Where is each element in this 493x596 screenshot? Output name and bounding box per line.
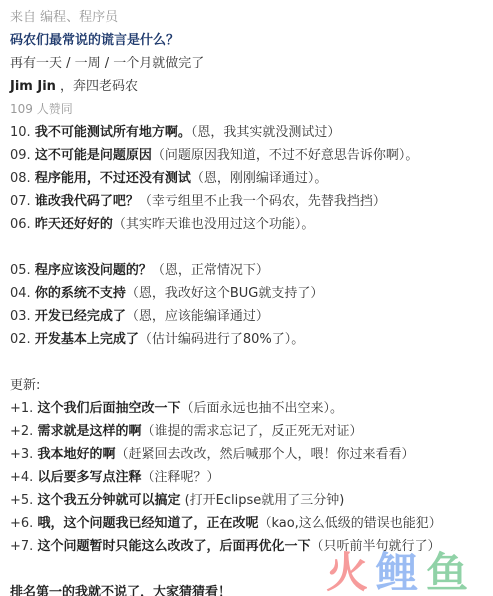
item-lie: 你的系统不支持 — [35, 286, 126, 301]
item-number: +2. — [10, 424, 33, 439]
item-note: （kao,这么低级的错误也能犯） — [258, 516, 441, 531]
item-note: （注释呢？） — [141, 470, 219, 485]
list-item: 07. 谁改我代码了吧？（幸亏组里不止我一个码农，先替我挡挡） — [10, 190, 487, 213]
list-item: +1. 这个我们后面抽空改一下（后面永远也抽不出空来）。 — [10, 397, 487, 420]
item-note: (打开Eclipse就用了三分钟) — [180, 493, 344, 508]
update-section: 更新: +1. 这个我们后面抽空改一下（后面永远也抽不出空来）。 +2. 需求就… — [10, 374, 487, 558]
item-lie: 我本地好的啊 — [37, 447, 115, 462]
watermark-logo: 火 鲤 鱼 — [326, 550, 468, 596]
list-item: 10. 我不可能测试所有地方啊。（恩，我其实就没测试过） — [10, 121, 487, 144]
item-note: （后面永远也抽不出空来）。 — [180, 401, 343, 416]
list-item: +5. 这个我五分钟就可以搞定 (打开Eclipse就用了三分钟) — [10, 489, 487, 512]
watermark-char-fish: 鱼 — [426, 550, 468, 596]
spacer — [10, 351, 487, 374]
item-number: 03. — [10, 309, 31, 324]
item-number: +3. — [10, 447, 33, 462]
item-number: 07. — [10, 194, 31, 209]
source-prefix: 来自 — [10, 10, 36, 25]
item-lie: 我不可能测试所有地方啊。 — [35, 125, 191, 140]
item-number: 10. — [10, 125, 31, 140]
vote-count[interactable]: 109 人赞同 — [10, 98, 487, 121]
item-number: 06. — [10, 217, 31, 232]
question-source: 来自 编程、程序员 — [10, 6, 487, 29]
item-lie: 开发基本上完成了 — [35, 332, 139, 347]
list-item: 08. 程序能用，不过还没有测试（恩，刚刚编译通过）。 — [10, 167, 487, 190]
list-item: 06. 昨天还好好的（其实昨天谁也没用过这个功能）。 — [10, 213, 487, 236]
item-note: （问题原因我知道，不过不好意思告诉你啊）。 — [152, 148, 419, 163]
item-number: +7. — [10, 539, 33, 554]
item-note: （恩，刚刚编译通过）。 — [191, 171, 328, 186]
answer-card: 来自 编程、程序员 码农们最常说的谎言是什么？ 再有一天 / 一周 / 一个月就… — [10, 6, 487, 596]
item-number: +1. — [10, 401, 33, 416]
item-number: 08. — [10, 171, 31, 186]
update-label: 更新: — [10, 374, 487, 397]
watermark-char-fire: 火 — [326, 550, 368, 596]
list-item: +6. 哦，这个问题我已经知道了，正在改呢（kao,这么低级的错误也能犯） — [10, 512, 487, 535]
item-note: （其实昨天谁也没用过这个功能）。 — [113, 217, 315, 232]
item-lie: 这个问题暂时只能这么改改了，后面再优化一下 — [37, 539, 310, 554]
item-lie: 谁改我代码了吧？ — [35, 194, 139, 209]
watermark-char-carp: 鲤 — [376, 550, 418, 596]
item-lie: 需求就是这样的啊 — [37, 424, 141, 439]
lies-list-bottom: 05. 程序应该没问题的？（恩，正常情况下） 04. 你的系统不支持（恩，我改好… — [10, 259, 487, 351]
spacer — [10, 236, 487, 259]
item-lie: 昨天还好好的 — [35, 217, 113, 232]
lies-list-top: 10. 我不可能测试所有地方啊。（恩，我其实就没测试过） 09. 这不可能是问题… — [10, 121, 487, 236]
question-title[interactable]: 码农们最常说的谎言是什么？ — [10, 29, 487, 52]
item-note: （恩，应该能编译通过） — [126, 309, 269, 324]
list-item: +2. 需求就是这样的啊（谁提的需求忘记了，反正死无对证） — [10, 420, 487, 443]
item-lie: 这不可能是问题原因 — [35, 148, 152, 163]
item-lie: 程序应该没问题的？ — [35, 263, 152, 278]
source-topics-link[interactable]: 编程、程序员 — [40, 10, 118, 25]
list-item: 05. 程序应该没问题的？（恩，正常情况下） — [10, 259, 487, 282]
list-item: +3. 我本地好的啊（赶紧回去改改，然后喊那个人，喂！你过来看看） — [10, 443, 487, 466]
item-lie: 开发已经完成了 — [35, 309, 126, 324]
list-item: 02. 开发基本上完成了（估计编码进行了80%了）。 — [10, 328, 487, 351]
item-lie: 这个我五分钟就可以搞定 — [37, 493, 180, 508]
item-number: +6. — [10, 516, 33, 531]
item-lie: 这个我们后面抽空改一下 — [37, 401, 180, 416]
item-note: （恩，我其实就没测试过） — [191, 125, 341, 140]
list-item: 09. 这不可能是问题原因（问题原因我知道，不过不好意思告诉你啊）。 — [10, 144, 487, 167]
item-number: +5. — [10, 493, 33, 508]
item-number: +4. — [10, 470, 33, 485]
item-number: 09. — [10, 148, 31, 163]
item-note: （谁提的需求忘记了，反正死无对证） — [141, 424, 362, 439]
item-note: （幸亏组里不止我一个码农，先替我挡挡） — [139, 194, 386, 209]
author-bio: ，奔四老码农 — [56, 79, 138, 94]
item-note: （估计编码进行了80%了）。 — [139, 332, 304, 347]
item-note: （恩，我改好这个BUG就支持了） — [126, 286, 324, 301]
item-note: （赶紧回去改改，然后喊那个人，喂！你过来看看） — [115, 447, 414, 462]
item-lie: 哦，这个问题我已经知道了，正在改呢 — [37, 516, 258, 531]
item-note: （恩，正常情况下） — [152, 263, 269, 278]
list-item: +4. 以后要多写点注释（注释呢？） — [10, 466, 487, 489]
item-number: 02. — [10, 332, 31, 347]
author-info: Jim Jin ，奔四老码农 — [10, 75, 487, 98]
item-lie: 程序能用，不过还没有测试 — [35, 171, 191, 186]
list-item: 03. 开发已经完成了（恩，应该能编译通过） — [10, 305, 487, 328]
item-number: 04. — [10, 286, 31, 301]
item-number: 05. — [10, 263, 31, 278]
answer-lead: 再有一天 / 一周 / 一个月就做完了 — [10, 52, 487, 75]
author-name[interactable]: Jim Jin — [10, 79, 56, 94]
list-item: 04. 你的系统不支持（恩，我改好这个BUG就支持了） — [10, 282, 487, 305]
item-lie: 以后要多写点注释 — [37, 470, 141, 485]
